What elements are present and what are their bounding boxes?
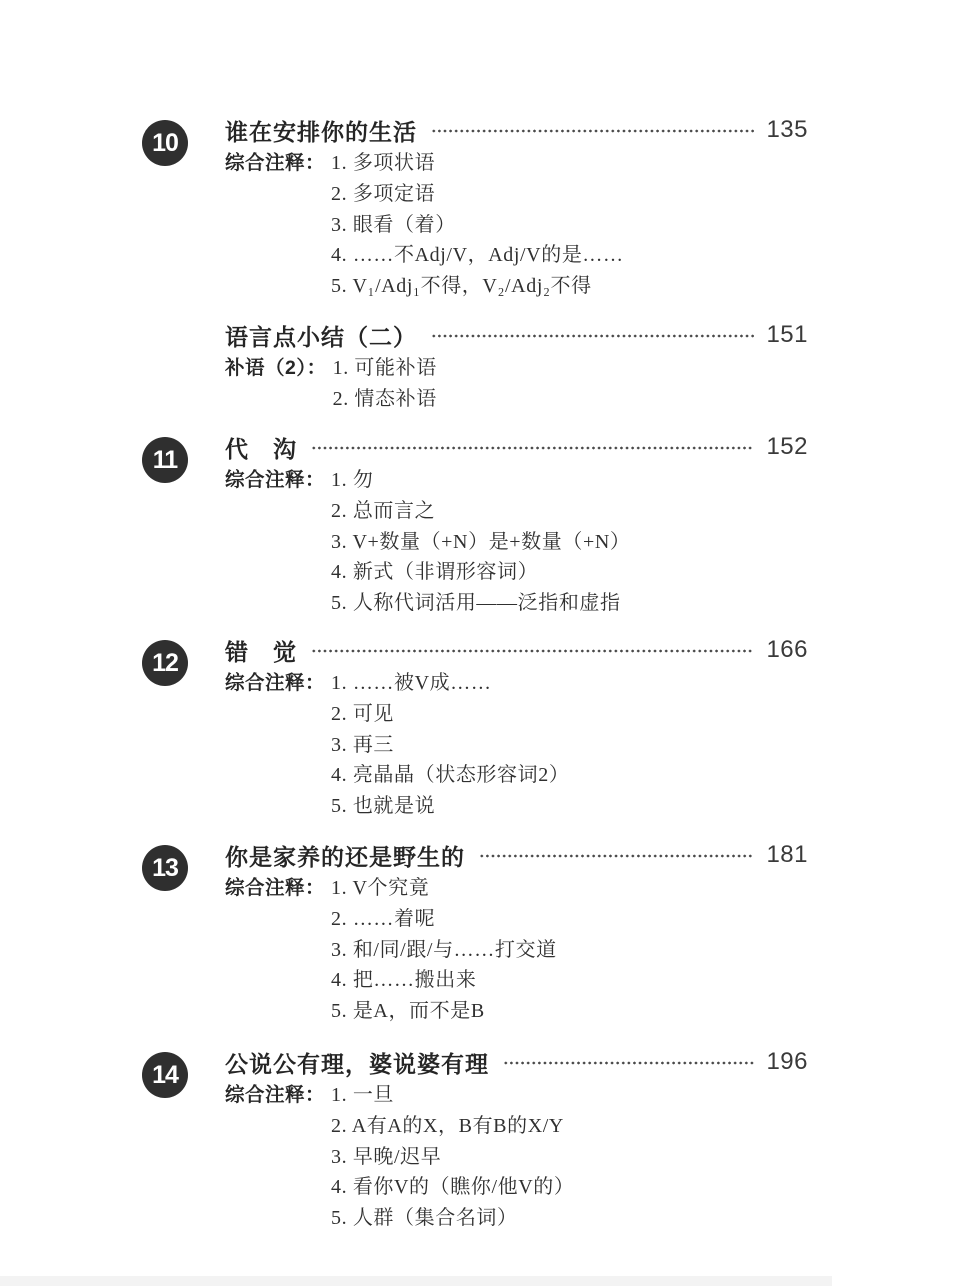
- chapter-number-badge: 13: [142, 845, 188, 891]
- notes-block: 综合注释： 1. ……被V成……2. 可见3. 再三4. 亮晶晶（状态形容词2）…: [225, 668, 808, 822]
- dot-leader: [479, 853, 754, 859]
- toc-entry-row: 你是家养的还是野生的 181: [225, 837, 808, 873]
- chapter-number: 12: [152, 649, 178, 678]
- dot-leader: [431, 333, 754, 339]
- note-item: 4. 新式（非谓形容词）: [331, 557, 631, 588]
- note-item: 1. V个究竟: [331, 873, 557, 904]
- toc-section: 11 代 沟 152 综合注释： 1. 勿2. 总而言之3. V+数量（+N）是…: [0, 429, 960, 619]
- chapter-number-badge: 14: [142, 1052, 188, 1098]
- chapter-title: 公说公有理，婆说婆有理: [225, 1046, 489, 1079]
- note-item: 3. V+数量（+N）是+数量（+N）: [331, 527, 631, 558]
- note-item: 2. 多项定语: [331, 179, 624, 210]
- note-item: 1. 多项状语: [331, 148, 624, 179]
- dot-leader: [431, 128, 754, 134]
- note-item: 3. 再三: [331, 730, 569, 761]
- toc-section: 12 错 觉 166 综合注释： 1. ……被V成……2. 可见3. 再三4. …: [0, 632, 960, 822]
- notes-label: 综合注释：: [225, 465, 325, 496]
- chapter-title: 错 觉: [225, 634, 297, 667]
- note-item: 3. 早晚/迟早: [331, 1142, 574, 1173]
- note-item: 4. 把……搬出来: [331, 965, 557, 996]
- note-item: 2. 可见: [331, 699, 569, 730]
- chapter-title: 你是家养的还是野生的: [225, 839, 465, 872]
- toc-section: 13 你是家养的还是野生的 181 综合注释： 1. V个究竟2. ……着呢3.…: [0, 837, 960, 1027]
- page-number: 135: [766, 116, 808, 144]
- toc-entry-row: 代 沟 152: [225, 429, 808, 465]
- note-item-list: 1. 可能补语2. 情态补语: [333, 353, 437, 415]
- toc-section: 语言点小结（二） 151 补语（2）： 1. 可能补语2. 情态补语: [0, 317, 960, 415]
- note-item: 5. 也就是说: [331, 791, 569, 822]
- note-item-list: 1. 多项状语2. 多项定语3. 眼看（着）4. ……不Adj/V，Adj/V的…: [331, 148, 624, 302]
- chapter-number-badge: 11: [142, 437, 188, 483]
- note-item-list: 1. V个究竟2. ……着呢3. 和/同/跟/与……打交道4. 把……搬出来5.…: [331, 873, 557, 1027]
- chapter-number: 11: [153, 446, 177, 475]
- page-number: 166: [766, 636, 808, 664]
- toc-page: 10 谁在安排你的生活 135 综合注释： 1. 多项状语2. 多项定语3. 眼…: [0, 0, 960, 1286]
- chapter-title: 谁在安排你的生活: [225, 114, 417, 147]
- note-item: 5. V₁/Adj₁不得，V₂/Adj₂不得: [331, 271, 624, 302]
- dot-leader: [503, 1060, 754, 1066]
- toc-entry-row: 语言点小结（二） 151: [225, 317, 808, 353]
- note-item: 1. 勿: [331, 465, 631, 496]
- note-item: 5. 是A，而不是B: [331, 996, 557, 1027]
- notes-label: 综合注释：: [225, 873, 325, 904]
- dot-leader: [311, 445, 754, 451]
- chapter-number: 14: [152, 1061, 178, 1090]
- note-item: 4. 亮晶晶（状态形容词2）: [331, 760, 569, 791]
- note-item: 5. 人称代词活用——泛指和虚指: [331, 588, 631, 619]
- toc-section: 10 谁在安排你的生活 135 综合注释： 1. 多项状语2. 多项定语3. 眼…: [0, 112, 960, 302]
- note-item-list: 1. 勿2. 总而言之3. V+数量（+N）是+数量（+N）4. 新式（非谓形容…: [331, 465, 631, 619]
- note-item: 5. 人群（集合名词）: [331, 1203, 574, 1234]
- note-item: 2. 总而言之: [331, 496, 631, 527]
- notes-block: 综合注释： 1. 勿2. 总而言之3. V+数量（+N）是+数量（+N）4. 新…: [225, 465, 808, 619]
- notes-label: 综合注释：: [225, 1080, 325, 1111]
- scan-artifact: [0, 1276, 832, 1286]
- note-item-list: 1. ……被V成……2. 可见3. 再三4. 亮晶晶（状态形容词2）5. 也就是…: [331, 668, 569, 822]
- dot-leader: [311, 648, 754, 654]
- chapter-number: 10: [152, 129, 178, 158]
- note-item: 4. ……不Adj/V，Adj/V的是……: [331, 240, 624, 271]
- chapter-title: 代 沟: [225, 431, 297, 464]
- note-item: 1. 可能补语: [333, 353, 437, 384]
- notes-block: 综合注释： 1. 一旦2. A有A的X，B有B的X/Y3. 早晚/迟早4. 看你…: [225, 1080, 808, 1234]
- chapter-title: 语言点小结（二）: [225, 319, 417, 352]
- toc-entry-row: 错 觉 166: [225, 632, 808, 668]
- page-number: 151: [766, 321, 808, 349]
- notes-block: 综合注释： 1. V个究竟2. ……着呢3. 和/同/跟/与……打交道4. 把……: [225, 873, 808, 1027]
- page-number: 181: [766, 841, 808, 869]
- toc-entry-row: 公说公有理，婆说婆有理 196: [225, 1044, 808, 1080]
- page-number: 152: [766, 433, 808, 461]
- notes-block: 补语（2）： 1. 可能补语2. 情态补语: [225, 353, 808, 415]
- chapter-number-badge: 12: [142, 640, 188, 686]
- note-item-list: 1. 一旦2. A有A的X，B有B的X/Y3. 早晚/迟早4. 看你V的（瞧你/…: [331, 1080, 574, 1234]
- page-number: 196: [766, 1048, 808, 1076]
- notes-block: 综合注释： 1. 多项状语2. 多项定语3. 眼看（着）4. ……不Adj/V，…: [225, 148, 808, 302]
- chapter-number: 13: [152, 854, 178, 883]
- note-item: 1. 一旦: [331, 1080, 574, 1111]
- note-item: 4. 看你V的（瞧你/他V的）: [331, 1172, 574, 1203]
- toc-entry-row: 谁在安排你的生活 135: [225, 112, 808, 148]
- note-item: 3. 和/同/跟/与……打交道: [331, 935, 557, 966]
- note-item: 2. 情态补语: [333, 384, 437, 415]
- notes-label: 综合注释：: [225, 668, 325, 699]
- note-item: 3. 眼看（着）: [331, 210, 624, 241]
- chapter-number-badge: 10: [142, 120, 188, 166]
- note-item: 2. A有A的X，B有B的X/Y: [331, 1111, 574, 1142]
- notes-label: 补语（2）：: [225, 353, 327, 384]
- note-item: 2. ……着呢: [331, 904, 557, 935]
- note-item: 1. ……被V成……: [331, 668, 569, 699]
- notes-label: 综合注释：: [225, 148, 325, 179]
- toc-section: 14 公说公有理，婆说婆有理 196 综合注释： 1. 一旦2. A有A的X，B…: [0, 1044, 960, 1234]
